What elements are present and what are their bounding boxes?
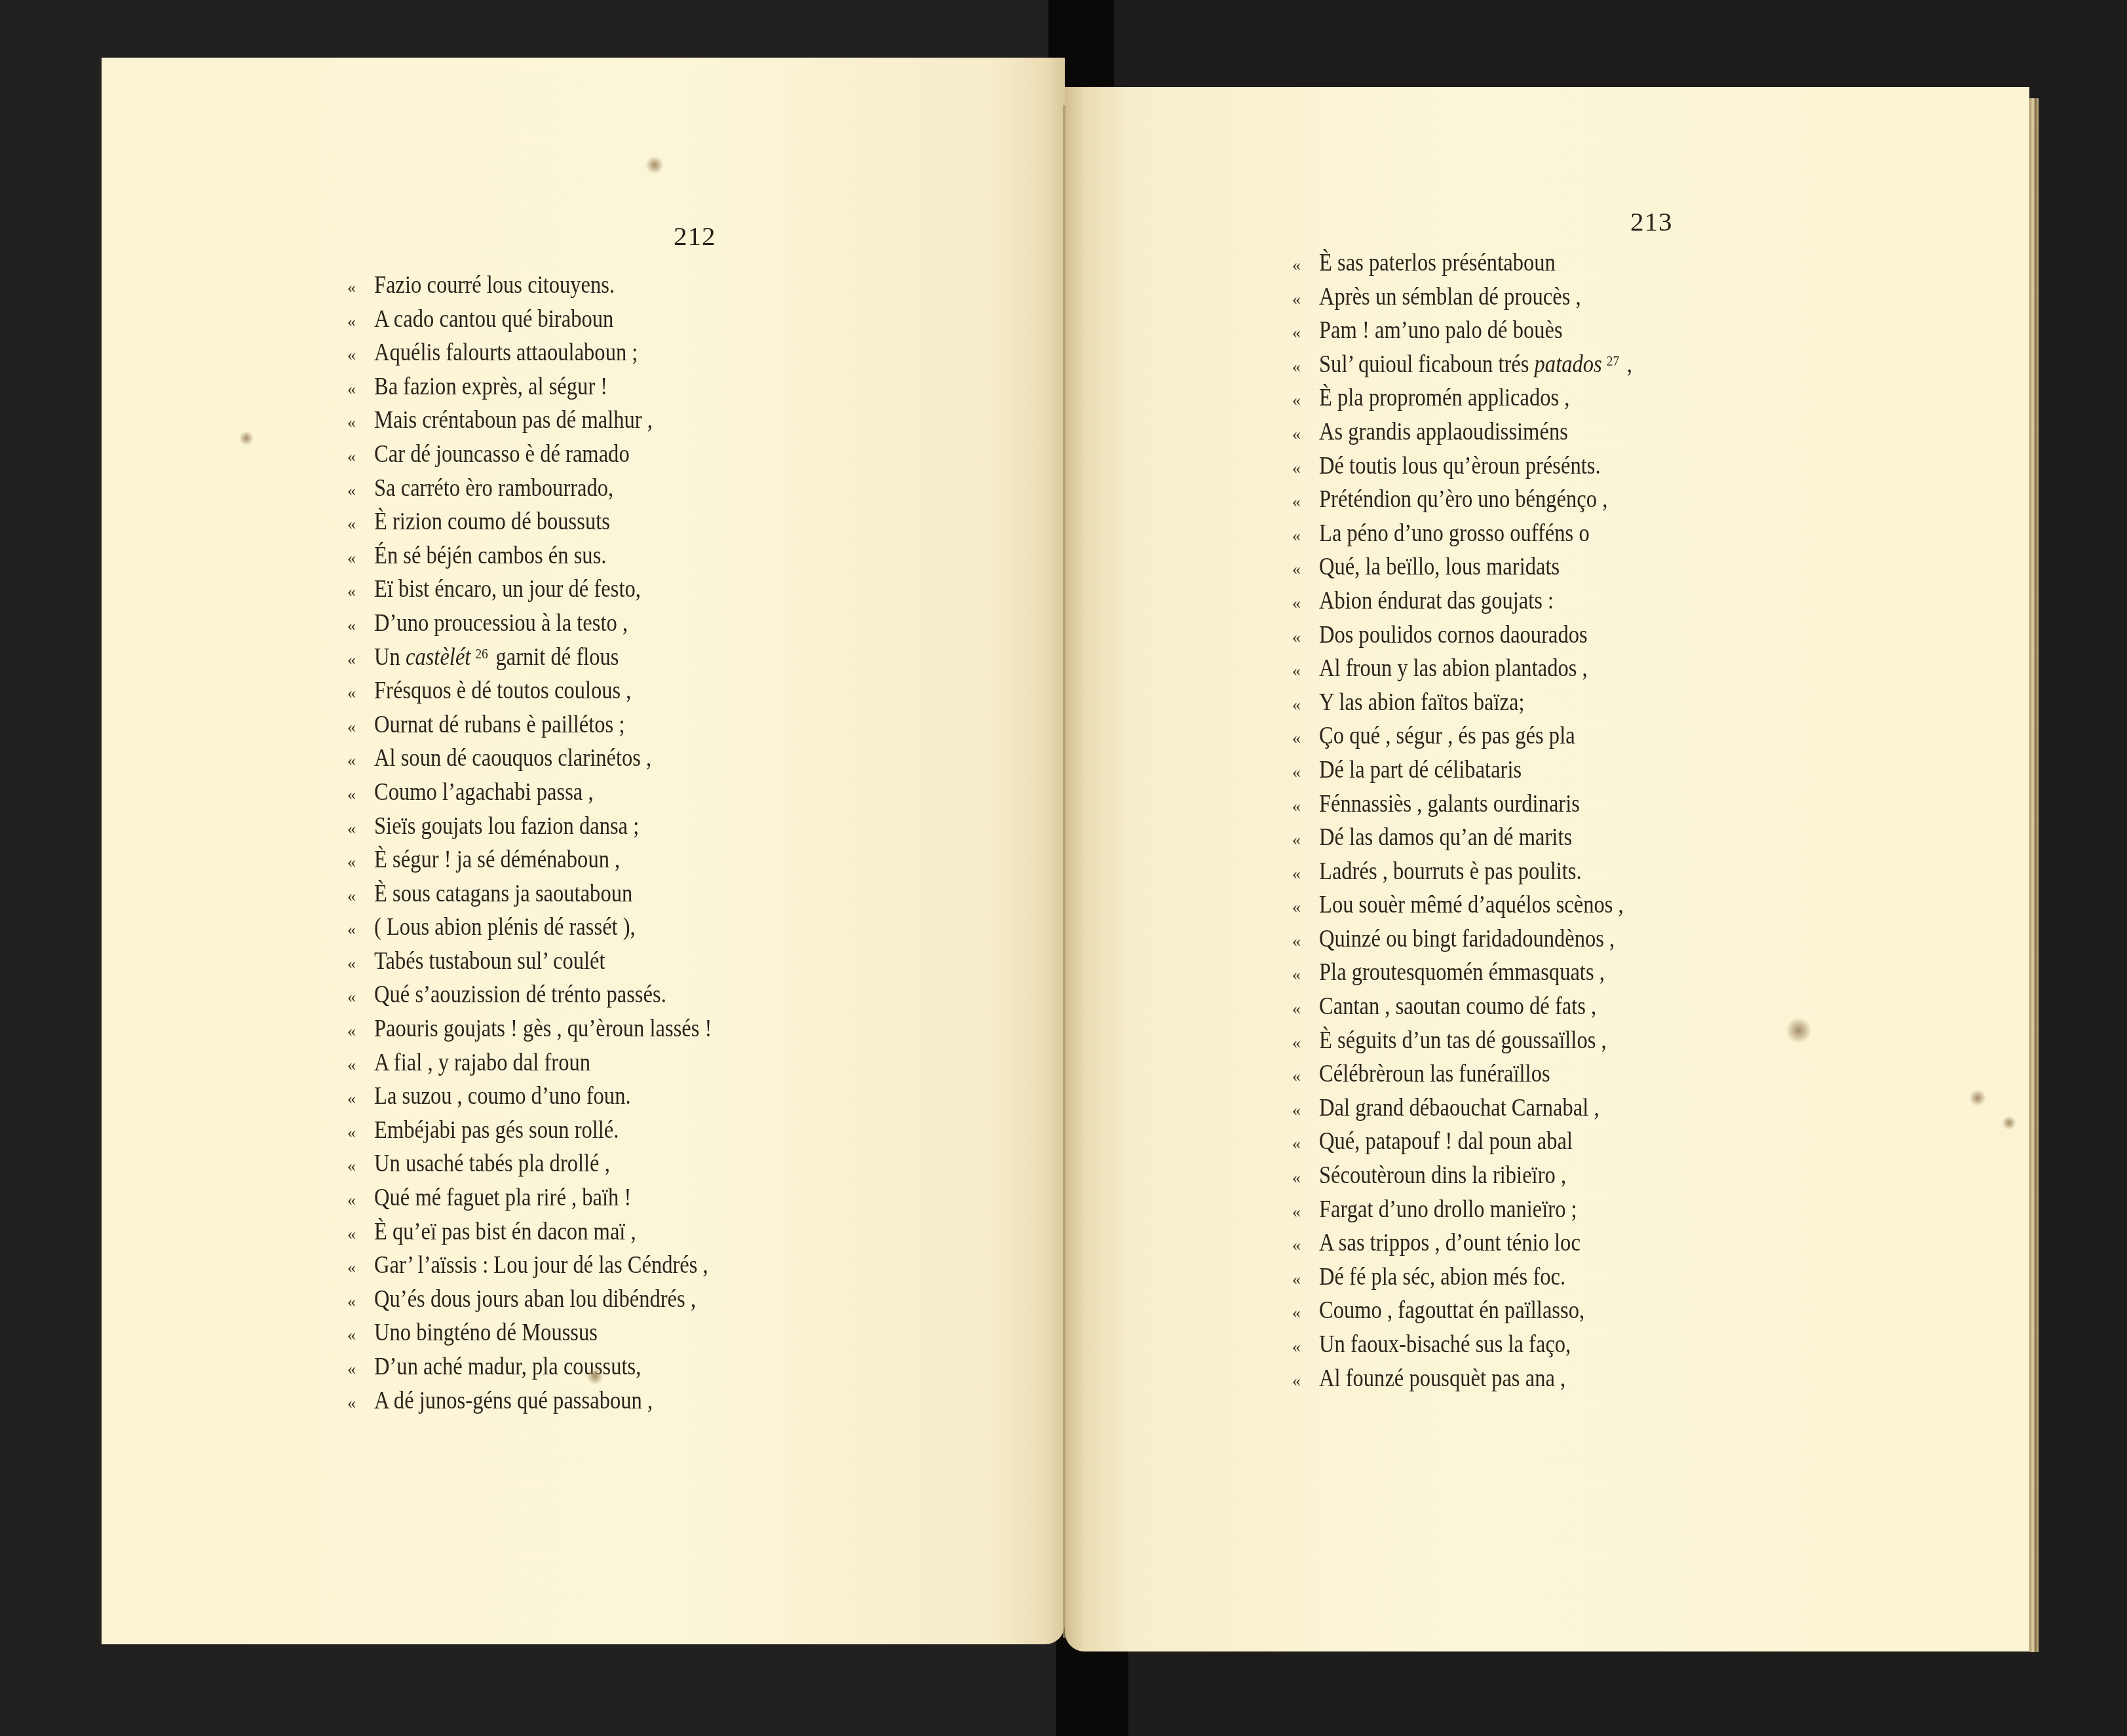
verse-line: «Én sé béjén cambos én sus.	[347, 539, 758, 573]
quote-mark: «	[1292, 1059, 1319, 1093]
quote-mark: «	[347, 1386, 374, 1420]
foxing-spot	[586, 1368, 604, 1385]
quote-mark: «	[347, 643, 374, 677]
verse-line: «Al founzé pousquèt pas ana ,	[1292, 1362, 1675, 1396]
line-text: È pla propromén applicados ,	[1319, 381, 1569, 415]
verse-line: «È pla propromén applicados ,	[1292, 381, 1675, 415]
quote-mark: «	[1292, 721, 1319, 755]
line-text: Un faoux-bisaché sus la faço,	[1319, 1328, 1571, 1362]
quote-mark: «	[347, 1352, 374, 1386]
quote-mark: «	[347, 609, 374, 643]
quote-mark: «	[1292, 755, 1319, 789]
quote-mark: «	[347, 710, 374, 744]
line-text: Un castèlét26 garnit dé flous	[374, 641, 619, 675]
footnote-reference: 26	[475, 645, 488, 662]
line-text: Qué, patapouf ! dal poun abal	[1319, 1125, 1573, 1159]
line-text: Dé toutis lous qu’èroun présénts.	[1319, 449, 1601, 483]
verse-line: «Préténdion qu’èro uno béngénço ,	[1292, 483, 1675, 517]
quote-mark: «	[347, 305, 374, 339]
line-text: Ladrés , bourruts è pas poulits.	[1319, 855, 1582, 889]
verse-line: «A dé junos-géns qué passaboun ,	[347, 1384, 758, 1418]
verse-line: «Dé toutis lous qu’èroun présénts.	[1292, 449, 1675, 483]
quote-mark: «	[1292, 789, 1319, 823]
verse-line: «È qu’eï pas bist én dacon maï ,	[347, 1215, 758, 1249]
line-text: Coumo l’agachabi passa ,	[374, 776, 594, 810]
verse-line: «La péno d’uno grosso oufféns o	[1292, 517, 1675, 551]
quote-mark: «	[347, 338, 374, 372]
line-text: Eï bist éncaro, un jour dé festo,	[374, 573, 641, 607]
quote-mark: «	[1292, 519, 1319, 553]
line-text: Aquélis falourts attaoulaboun ;	[374, 336, 638, 370]
verse-line: «Abion éndurat das goujats :	[1292, 584, 1675, 618]
quote-mark: «	[347, 1318, 374, 1352]
line-text: Embéjabi pas gés soun rollé.	[374, 1114, 619, 1148]
line-text: D’uno proucessiou à la testo ,	[374, 607, 628, 641]
line-text: As grandis applaoudissiméns	[1319, 415, 1568, 449]
verse-line: «La suzou , coumo d’uno foun.	[347, 1080, 758, 1114]
line-text: ( Lous abion plénis dé rassét ),	[374, 911, 636, 945]
quote-mark: «	[347, 676, 374, 710]
quote-mark: «	[347, 1251, 374, 1285]
verse-line: «Dos poulidos cornos daourados	[1292, 618, 1675, 652]
line-text: Dal grand débaouchat Carnabal ,	[1319, 1091, 1600, 1125]
line-text: Qué, la beïllo, lous maridats	[1319, 550, 1560, 584]
italic-word: castèlét	[406, 644, 470, 671]
foxing-spot	[239, 431, 254, 445]
quote-mark: «	[347, 845, 374, 879]
quote-mark: «	[1292, 417, 1319, 451]
line-text: Y las abion faïtos baïza;	[1319, 686, 1524, 720]
quote-mark: «	[1292, 1195, 1319, 1229]
right-page: 213 «È sas paterlos préséntaboun«Après u…	[1065, 87, 2029, 1651]
verse-line: «Ba fazion exprès, al ségur !	[347, 370, 758, 404]
quote-mark: «	[1292, 1330, 1319, 1364]
verse-line: «Un usaché tabés pla drollé ,	[347, 1147, 758, 1181]
quote-mark: «	[347, 778, 374, 812]
line-text: È ségur ! ja sé déménaboun ,	[374, 843, 620, 877]
line-text: Al founzé pousquèt pas ana ,	[1319, 1362, 1565, 1396]
line-text: Dé las damos qu’an dé marits	[1319, 821, 1572, 855]
line-text: Pla groutesquomén émmasquats ,	[1319, 956, 1605, 990]
quote-mark: «	[347, 271, 374, 305]
quote-mark: «	[347, 812, 374, 846]
verse-line: «Après un sémblan dé proucès ,	[1292, 280, 1675, 314]
verse-block: «Fazio courré lous citouyens.«A cado can…	[347, 269, 758, 1418]
verse-line: «Embéjabi pas gés soun rollé.	[347, 1114, 758, 1148]
line-text: Al soun dé caouquos clarinétos ,	[374, 742, 651, 776]
line-text: Car dé jouncasso è dé ramado	[374, 438, 630, 472]
left-page: 212 «Fazio courré lous citouyens.«A cado…	[102, 58, 1065, 1644]
foxing-spot	[645, 156, 664, 174]
quote-mark: «	[1292, 1127, 1319, 1161]
quote-mark: «	[1292, 586, 1319, 620]
line-text: La suzou , coumo d’uno foun.	[374, 1080, 631, 1114]
quote-mark: «	[347, 947, 374, 981]
line-text: Én sé béjén cambos én sus.	[374, 539, 606, 573]
line-text: È sas paterlos préséntaboun	[1319, 246, 1556, 280]
verse-line: «A fial , y rajabo dal froun	[347, 1046, 758, 1080]
quote-mark: «	[1292, 992, 1319, 1026]
verse-line: «Pam ! am’uno palo dé bouès	[1292, 314, 1675, 348]
quote-mark: «	[1292, 890, 1319, 924]
line-text: Sa carréto èro rambourrado,	[374, 472, 613, 506]
verse-line: «Fargat d’uno drollo manieïro ;	[1292, 1193, 1675, 1227]
verse-line: «Qué, la beïllo, lous maridats	[1292, 550, 1675, 584]
verse-line: «Qué s’aouzission dé trénto passés.	[347, 978, 758, 1012]
quote-mark: «	[347, 980, 374, 1014]
verse-line: «Sa carréto èro rambourrado,	[347, 472, 758, 506]
verse-line: «A cado cantou qué biraboun	[347, 303, 758, 337]
quote-mark: «	[347, 507, 374, 541]
line-text: Ba fazion exprès, al ségur !	[374, 370, 607, 404]
quote-mark: «	[347, 1014, 374, 1048]
verse-line: «Car dé jouncasso è dé ramado	[347, 438, 758, 472]
line-text: Tabés tustaboun sul’ coulét	[374, 945, 605, 979]
verse-line: «Coumo l’agachabi passa ,	[347, 776, 758, 810]
quote-mark: «	[1292, 451, 1319, 485]
quote-mark: «	[347, 372, 374, 406]
verse-line: «È séguits d’un tas dé goussaïllos ,	[1292, 1024, 1675, 1058]
line-text: Pam ! am’uno palo dé bouès	[1319, 314, 1563, 348]
quote-mark: «	[347, 1116, 374, 1150]
quote-mark: «	[1292, 1093, 1319, 1127]
line-text: Al froun y las abion plantados ,	[1319, 652, 1588, 686]
quote-mark: «	[1292, 1296, 1319, 1330]
line-text: Mais créntaboun pas dé malhur ,	[374, 404, 653, 438]
verse-line: «Ço qué , ségur , és pas gés pla	[1292, 719, 1675, 753]
line-text: Qué s’aouzission dé trénto passés.	[374, 978, 666, 1012]
quote-mark: «	[347, 406, 374, 440]
foxing-spot	[1786, 1017, 1812, 1044]
quote-mark: «	[1292, 1364, 1319, 1398]
verse-line: «Cantan , saoutan coumo dé fats ,	[1292, 990, 1675, 1024]
line-text: Paouris goujats ! gès , qu’èroun lassés …	[374, 1012, 712, 1046]
verse-line: «È sas paterlos préséntaboun	[1292, 246, 1675, 280]
line-text: Fénnassiès , galants ourdinaris	[1319, 787, 1580, 821]
quote-mark: «	[1292, 1161, 1319, 1195]
verse-line: «Un castèlét26 garnit dé flous	[347, 641, 758, 675]
quote-mark: «	[347, 541, 374, 575]
page-number: 212	[674, 220, 716, 252]
verse-line: «Dé fé pla séc, abion més foc.	[1292, 1260, 1675, 1294]
line-text: Gar’ l’aïssis : Lou jour dé las Céndrés …	[374, 1249, 708, 1283]
verse-line: «Qué, patapouf ! dal poun abal	[1292, 1125, 1675, 1159]
line-text: Sul’ quioul ficaboun trés patados27 ,	[1319, 348, 1632, 382]
quote-mark: «	[1292, 350, 1319, 384]
verse-line: «Ladrés , bourruts è pas poulits.	[1292, 855, 1675, 889]
verse-line: «Tabés tustaboun sul’ coulét	[347, 945, 758, 979]
quote-mark: «	[347, 1217, 374, 1251]
verse-line: «Mais créntaboun pas dé malhur ,	[347, 404, 758, 438]
quote-mark: «	[1292, 282, 1319, 316]
quote-mark: «	[1292, 958, 1319, 992]
line-text: Qu’és dous jours aban lou dibéndrés ,	[374, 1283, 696, 1317]
verse-line: «( Lous abion plénis dé rassét ),	[347, 911, 758, 945]
quote-mark: «	[1292, 1228, 1319, 1262]
quote-mark: «	[1292, 924, 1319, 958]
verse-line: «È rizion coumo dé boussuts	[347, 505, 758, 539]
verse-line: «Dé las damos qu’an dé marits	[1292, 821, 1675, 855]
quote-mark: «	[1292, 485, 1319, 519]
line-text: Un usaché tabés pla drollé ,	[374, 1147, 610, 1181]
line-text: Ournat dé rubans è paillétos ;	[374, 708, 624, 742]
verse-line: «Gar’ l’aïssis : Lou jour dé las Céndrés…	[347, 1249, 758, 1283]
verse-line: «Fénnassiès , galants ourdinaris	[1292, 787, 1675, 821]
line-text: Fargat d’uno drollo manieïro ;	[1319, 1193, 1577, 1227]
verse-line: «Un faoux-bisaché sus la faço,	[1292, 1328, 1675, 1362]
verse-line: «As grandis applaoudissiméns	[1292, 415, 1675, 449]
verse-line: «Y las abion faïtos baïza;	[1292, 686, 1675, 720]
line-text: Abion éndurat das goujats :	[1319, 584, 1554, 618]
quote-mark: «	[1292, 857, 1319, 891]
line-text: Sécoutèroun dins la ribieïro ,	[1319, 1159, 1566, 1193]
verse-line: «Coumo , fagouttat én païllasso,	[1292, 1294, 1675, 1328]
quote-mark: «	[1292, 688, 1319, 722]
quote-mark: «	[1292, 1262, 1319, 1296]
quote-mark: «	[1292, 1026, 1319, 1060]
line-text: Ço qué , ségur , és pas gés pla	[1319, 719, 1575, 753]
quote-mark: «	[1292, 620, 1319, 654]
quote-mark: «	[1292, 654, 1319, 688]
line-text: È séguits d’un tas dé goussaïllos ,	[1319, 1024, 1607, 1058]
quote-mark: «	[1292, 316, 1319, 350]
verse-line: «Dal grand débaouchat Carnabal ,	[1292, 1091, 1675, 1125]
line-text: Après un sémblan dé proucès ,	[1319, 280, 1581, 314]
line-text: Fazio courré lous citouyens.	[374, 269, 615, 303]
page-number: 213	[1630, 206, 1673, 237]
verse-line: «Sieïs goujats lou fazion dansa ;	[347, 810, 758, 844]
line-text: A fial , y rajabo dal froun	[374, 1046, 590, 1080]
verse-line: «Sécoutèroun dins la ribieïro ,	[1292, 1159, 1675, 1193]
line-text: Dé fé pla séc, abion més foc.	[1319, 1260, 1565, 1294]
verse-line: «È ségur ! ja sé déménaboun ,	[347, 843, 758, 877]
line-text: È qu’eï pas bist én dacon maï ,	[374, 1215, 636, 1249]
line-text: Uno bingténo dé Moussus	[374, 1316, 598, 1350]
line-text: È rizion coumo dé boussuts	[374, 505, 610, 539]
verse-line: «Sul’ quioul ficaboun trés patados27 ,	[1292, 348, 1675, 382]
quote-mark: «	[347, 913, 374, 947]
line-text: Dos poulidos cornos daourados	[1319, 618, 1588, 652]
verse-line: «Al froun y las abion plantados ,	[1292, 652, 1675, 686]
verse-line: «Uno bingténo dé Moussus	[347, 1316, 758, 1350]
quote-mark: «	[1292, 823, 1319, 857]
line-text: Dé la part dé célibataris	[1319, 753, 1522, 787]
quote-mark: «	[1292, 552, 1319, 586]
verse-line: «Ournat dé rubans è paillétos ;	[347, 708, 758, 742]
verse-line: «Lou souèr mêmé d’aquélos scènos ,	[1292, 888, 1675, 922]
verse-line: «Dé la part dé célibataris	[1292, 753, 1675, 787]
quote-mark: «	[347, 1048, 374, 1082]
line-text: A sas trippos , d’ount ténio loc	[1319, 1226, 1581, 1260]
foxing-spot	[1969, 1089, 1986, 1106]
line-text: Qué mé faguet pla riré , baïh !	[374, 1181, 631, 1215]
quote-mark: «	[347, 1183, 374, 1217]
verse-line: «Quinzé ou bingt faridadoundènos ,	[1292, 922, 1675, 956]
verse-line: «È sous catagans ja saoutaboun	[347, 877, 758, 911]
line-text: Lou souèr mêmé d’aquélos scènos ,	[1319, 888, 1624, 922]
verse-line: «Qué mé faguet pla riré , baïh !	[347, 1181, 758, 1215]
line-text: Célébrèroun las funéraïllos	[1319, 1057, 1550, 1091]
line-text: Frésquos è dé toutos coulous ,	[374, 674, 632, 708]
line-text: Préténdion qu’èro uno béngénço ,	[1319, 483, 1607, 517]
quote-mark: «	[347, 1285, 374, 1319]
verse-line: «Eï bist éncaro, un jour dé festo,	[347, 573, 758, 607]
verse-line: «Aquélis falourts attaoulaboun ;	[347, 336, 758, 370]
verse-line: «Frésquos è dé toutos coulous ,	[347, 674, 758, 708]
verse-line: «A sas trippos , d’ount ténio loc	[1292, 1226, 1675, 1260]
verse-line: «Célébrèroun las funéraïllos	[1292, 1057, 1675, 1091]
line-text: È sous catagans ja saoutaboun	[374, 877, 632, 911]
gutter-fold	[1063, 105, 1065, 1638]
verse-block: «È sas paterlos préséntaboun«Après un sé…	[1292, 246, 1675, 1395]
foxing-spot	[2002, 1116, 2016, 1130]
verse-line: «Fazio courré lous citouyens.	[347, 269, 758, 303]
line-text: Sieïs goujats lou fazion dansa ;	[374, 810, 639, 844]
quote-mark: «	[347, 440, 374, 474]
quote-mark: «	[347, 879, 374, 913]
page-edges	[2029, 98, 2039, 1652]
footnote-reference: 27	[1607, 352, 1619, 369]
line-text: Coumo , fagouttat én païllasso,	[1319, 1294, 1584, 1328]
line-text: Cantan , saoutan coumo dé fats ,	[1319, 990, 1596, 1024]
verse-line: «Qu’és dous jours aban lou dibéndrés ,	[347, 1283, 758, 1317]
quote-mark: «	[347, 1149, 374, 1183]
quote-mark: «	[347, 744, 374, 778]
quote-mark: «	[347, 474, 374, 508]
quote-mark: «	[347, 1082, 374, 1116]
line-text: A cado cantou qué biraboun	[374, 303, 613, 337]
verse-line: «Pla groutesquomén émmasquats ,	[1292, 956, 1675, 990]
line-text: Quinzé ou bingt faridadoundènos ,	[1319, 922, 1615, 956]
line-text: A dé junos-géns qué passaboun ,	[374, 1384, 653, 1418]
verse-line: «D’uno proucessiou à la testo ,	[347, 607, 758, 641]
quote-mark: «	[1292, 248, 1319, 282]
line-text: La péno d’uno grosso oufféns o	[1319, 517, 1590, 551]
verse-line: «Al soun dé caouquos clarinétos ,	[347, 742, 758, 776]
verse-line: «D’un aché madur, pla coussuts,	[347, 1350, 758, 1384]
italic-word: patados	[1535, 351, 1602, 378]
quote-mark: «	[1292, 383, 1319, 417]
verse-line: «Paouris goujats ! gès , qu’èroun lassés…	[347, 1012, 758, 1046]
quote-mark: «	[347, 575, 374, 609]
